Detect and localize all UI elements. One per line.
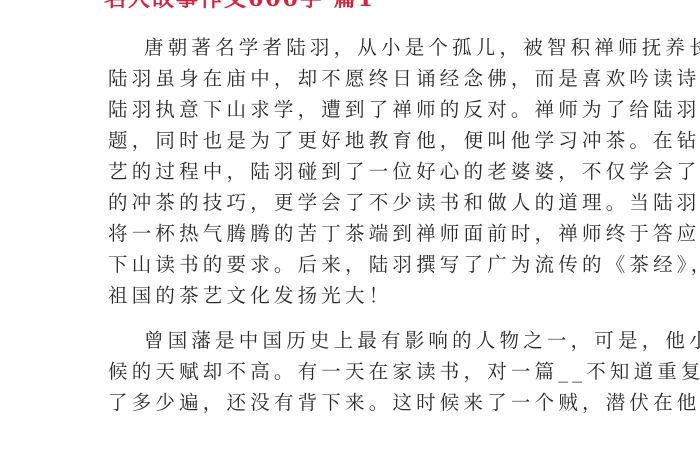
text-line: 祖国的茶艺文化发扬光大！ — [108, 280, 588, 311]
text-line: 题，同时也是为了更好地教育他，便叫他学习冲茶。在钻研茶 — [108, 125, 588, 156]
text-line: 了多少遍，还没有背下来。这时候来了一个贼，潜伏在他家的 — [108, 387, 588, 418]
document-title: 名人故事作文600字 篇1 — [104, 0, 375, 12]
text-line: 陆羽虽身在庙中，却不愿终日诵经念佛，而是喜欢吟读诗书。 — [108, 63, 588, 94]
text-line: 候的天赋却不高。有一天在家读书，对一篇__不知道重复朗读 — [108, 356, 588, 387]
document-page: 名人故事作文600字 篇1 唐朝著名学者陆羽，从小是个孤儿，被智积禅师抚养长大。… — [0, 0, 700, 470]
text-line: 唐朝著名学者陆羽，从小是个孤儿，被智积禅师抚养长大。 — [108, 32, 588, 63]
document-body: 唐朝著名学者陆羽，从小是个孤儿，被智积禅师抚养长大。 陆羽虽身在庙中，却不愿终日… — [108, 32, 588, 418]
paragraph-lu-yu: 唐朝著名学者陆羽，从小是个孤儿，被智积禅师抚养长大。 陆羽虽身在庙中，却不愿终日… — [108, 32, 588, 311]
text-line: 曾国藩是中国历史上最有影响的人物之一，可是，他小时 — [108, 325, 588, 356]
text-line: 艺的过程中，陆羽碰到了一位好心的老婆婆，不仅学会了复杂 — [108, 156, 588, 187]
text-line: 下山读书的要求。后来，陆羽撰写了广为流传的《茶经》，把 — [108, 249, 588, 280]
paragraph-zeng-guofan: 曾国藩是中国历史上最有影响的人物之一，可是，他小时 候的天赋却不高。有一天在家读… — [108, 325, 588, 418]
text-line: 将一杯热气腾腾的苦丁茶端到禅师面前时，禅师终于答应了他 — [108, 218, 588, 249]
text-line: 的冲茶的技巧，更学会了不少读书和做人的道理。当陆羽最终 — [108, 187, 588, 218]
text-line: 陆羽执意下山求学，遭到了禅师的反对。禅师为了给陆羽出难 — [108, 94, 588, 125]
